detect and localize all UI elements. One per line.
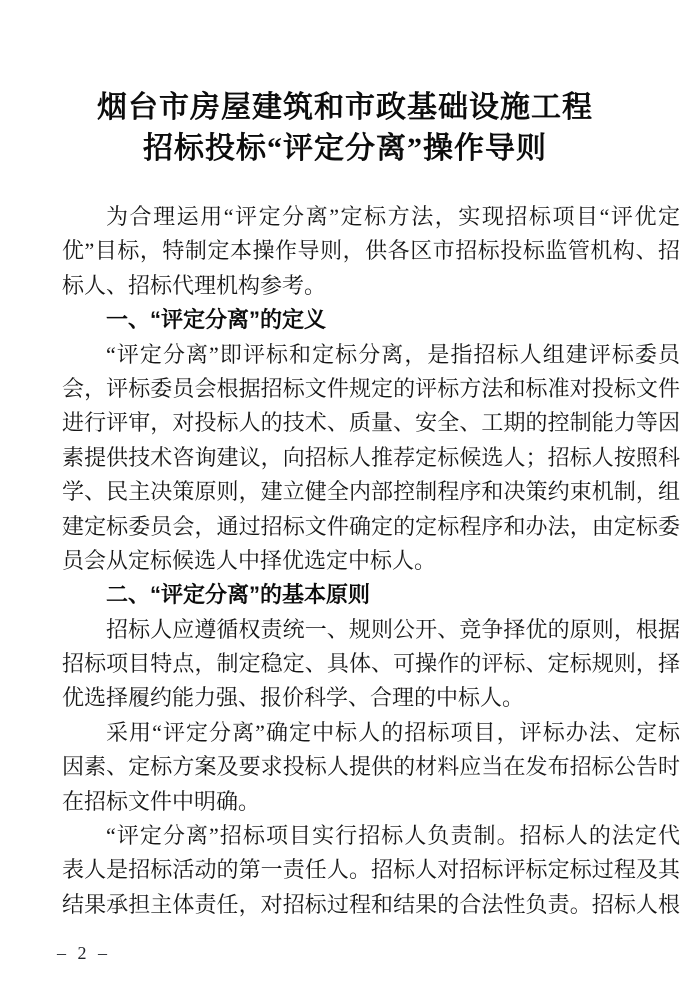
document-body: 为合理运用“评定分离”定标方法，实现招标项目“评优定优”目标，特制定本操作导则，… xyxy=(62,200,680,922)
text-line: 因素、定标方案及要求投标人提供的材料应当在发布招标公告时 xyxy=(62,750,680,784)
title-line-1: 烟台市房屋建筑和市政基础设施工程 xyxy=(0,87,690,128)
document-title: 烟台市房屋建筑和市政基础设施工程 招标投标“评定分离”操作导则 xyxy=(0,87,690,169)
text-line: 员会从定标候选人中择优选定中标人。 xyxy=(62,544,680,578)
text-line: 招标人应遵循权责统一、规则公开、竞争择优的原则，根据 xyxy=(62,613,680,647)
text-line: “评定分离”招标项目实行招标人负责制。招标人的法定代 xyxy=(62,819,680,853)
section-heading: 一、“评定分离”的定义 xyxy=(62,303,680,337)
text-line: 结果承担主体责任，对招标过程和结果的合法性负责。招标人根 xyxy=(62,888,680,922)
document-page: 烟台市房屋建筑和市政基础设施工程 招标投标“评定分离”操作导则 为合理运用“评定… xyxy=(0,0,690,1002)
text-line: 优选择履约能力强、报价科学、合理的中标人。 xyxy=(62,681,680,715)
text-line: 招标项目特点，制定稳定、具体、可操作的评标、定标规则，择 xyxy=(62,647,680,681)
text-line: 会，评标委员会根据招标文件规定的评标方法和标准对投标文件 xyxy=(62,372,680,406)
text-line: 优”目标，特制定本操作导则，供各区市招标投标监管机构、招 xyxy=(62,234,680,268)
title-line-2: 招标投标“评定分离”操作导则 xyxy=(0,128,690,169)
text-line: 进行评审，对投标人的技术、质量、安全、工期的控制能力等因 xyxy=(62,406,680,440)
text-line: 表人是招标活动的第一责任人。招标人对招标评标定标过程及其 xyxy=(62,853,680,887)
section-heading: 二、“评定分离”的基本原则 xyxy=(62,578,680,612)
text-line: 为合理运用“评定分离”定标方法，实现招标项目“评优定 xyxy=(62,200,680,234)
text-line: 建定标委员会，通过招标文件确定的定标程序和办法，由定标委 xyxy=(62,510,680,544)
text-line: 在招标文件中明确。 xyxy=(62,785,680,819)
text-line: 素提供技术咨询建议，向招标人推荐定标候选人；招标人按照科 xyxy=(62,441,680,475)
text-line: 标人、招标代理机构参考。 xyxy=(62,269,680,303)
text-line: 采用“评定分离”确定中标人的招标项目，评标办法、定标 xyxy=(62,716,680,750)
page-number: – 2 – xyxy=(57,942,108,964)
text-line: 学、民主决策原则，建立健全内部控制程序和决策约束机制，组 xyxy=(62,475,680,509)
text-line: “评定分离”即评标和定标分离，是指招标人组建评标委员 xyxy=(62,338,680,372)
